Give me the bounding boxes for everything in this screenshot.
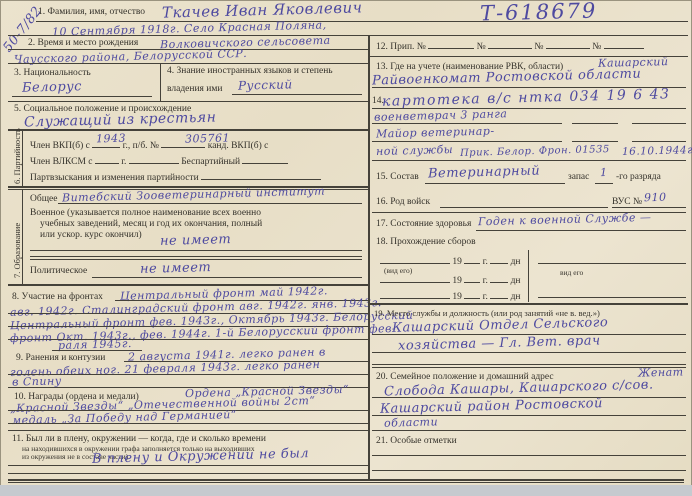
rule [8,482,684,483]
field6-side-label: 6. Партийность [12,128,22,184]
prip-blank4 [604,40,644,49]
vkp-mid: г., п/б. № [123,141,159,151]
partvzysk-blank [201,171,321,180]
field7-polit-value: не имеет [140,260,212,277]
field7-side-label: 7. Образование [12,223,22,278]
field11-label1: 11. Был ли в плену, окружении — когда, г… [12,434,266,444]
rule [8,465,368,466]
dn-label: дн [511,292,521,302]
rule [425,183,565,184]
dn-label: дн [511,257,521,267]
g-label: г. [483,292,488,302]
field12-n3: № [534,42,543,52]
dn-label: дн [511,276,521,286]
prip-blank3 [546,40,590,49]
prip-blank1 [428,40,474,49]
field4-label: 4. Знание иностранных языков и степень [167,66,333,76]
bespart-blank [242,155,288,164]
rule [368,35,688,36]
vlksm-g: г. [121,157,126,167]
field15-razryad-num: 1 [600,166,608,179]
field6-vkp: Член ВКП(б) с г., п/б. № канд. ВКП(б) с [30,139,268,151]
field6-partvzysk: Партвзыскания и изменения партийности [30,171,321,183]
field12-n2: № [477,42,486,52]
rule [372,455,686,456]
field7-voennoe-l1: Военное (указывается полное наименование… [30,208,261,218]
prip-blank2 [488,40,532,49]
days-blank [490,290,508,299]
field16-vus-num: 910 [644,191,667,205]
field1-value: Ткачев Иван Яковлевич [162,0,363,22]
rule [92,277,362,278]
rule [372,123,562,124]
rule [30,256,362,257]
vlksm-blank1 [95,155,119,164]
field3-value: Белорус [22,79,82,96]
field8-label: 8. Участие на фронтах [12,292,103,302]
sbory-blank [380,274,450,283]
field21-label: 21. Особые отметки [376,436,457,446]
field19-line1: Кашарский Отдел Сельского [392,315,609,336]
rule [632,141,686,142]
rule [36,21,688,22]
field14-row1-rank: военветврач 3 ранга [374,107,508,123]
g-label: г. [483,257,488,267]
rule [8,479,684,481]
rule [8,101,368,102]
partvzysk-label: Партвзыскания и изменения партийности [30,173,199,183]
field14-row2-date: 16.10.1944г. [622,144,692,158]
rule [538,297,686,298]
rule [8,63,368,64]
year-blank [464,255,480,264]
field9-label: 9. Ранения и контузии [16,353,105,363]
field17-value: Годен к военной Службе — [478,211,652,229]
year-prefix: 19 [452,276,462,286]
rule [8,129,368,131]
field19-line2: хозяйства — Гл. Вет. врач [398,333,601,353]
field6-vlksm: Член ВЛКСМ с г. Беспартийный [30,155,288,167]
field1-label: 1. Фамилия, имя, отчество [38,7,145,17]
rule [372,352,686,353]
vkp-pre: Член ВКП(б) с [30,141,90,151]
rule [595,183,613,184]
field7-voennoe-l2: учебных заведений, месяц и год их оконча… [40,219,262,229]
field14-overlay-note: картотека в/с нтка 034 19 6 43 [382,86,671,110]
field14-row2-rank-line2: ной службы [376,143,453,158]
vlksm-pre: Член ВЛКСМ с [30,157,92,167]
field16-label: 16. Род войск [376,197,430,207]
field17-label: 17. Состояние здоровья [376,219,471,229]
field18-row2: 19 г. дн [380,274,521,286]
rule [572,123,618,124]
year-prefix: 19 [452,257,462,267]
rule [372,430,686,431]
field15-zapas: запас [568,172,589,182]
field7-voennoe-value: не имеет [160,232,232,249]
field12-n4: № [592,42,601,52]
rule [572,141,618,142]
rule [476,230,686,231]
field20-line2: Кашарский район Ростовской [380,396,603,417]
rule [30,250,362,251]
rule [612,207,686,208]
field7-obshchee-label: Общее [30,194,57,204]
days-blank [490,274,508,283]
field18-row3: 19 г. дн [380,290,521,302]
rule [372,141,562,142]
rule [8,473,368,474]
field7-polit-label: Политическое [30,266,87,276]
field15-value: Ветеринарный [428,164,540,182]
field7-voennoe-l3: или ускор. курс окончил) [40,230,142,240]
field18-label: 18. Прохождение сборов [376,237,476,247]
field14-row2-rank-line1: Майор ветеринар- [376,124,495,140]
rule [58,203,362,204]
field6-vkp-num: 305761 [185,131,230,145]
field18-vid2: вид его [560,268,583,277]
field12-label: 12. Прип. № [376,42,426,52]
field14-row2-order: Прик. Белор. Фрон. 01535 [460,144,610,159]
year-blank [464,290,480,299]
rule [440,207,608,208]
field15-label: 15. Состав [376,172,419,182]
sbory-blank [380,255,450,264]
year-blank [464,274,480,283]
field20-line3: области [384,415,438,429]
field2-label: 2. Время и место рождения [28,38,138,48]
field15-razryad: -го разряда [616,172,661,182]
rule [8,423,368,424]
field16-vus: ВУС № [612,197,642,207]
sbory-blank [380,290,450,299]
rule [8,374,368,375]
registration-card: 50-7/82 1. Фамилия, имя, отчество Ткачев… [0,0,692,496]
bespart: Беспартийный [181,157,240,167]
vlksm-blank2 [129,155,179,164]
column-divider [368,35,370,480]
field6-vkp-year: 1943 [96,132,126,146]
rule [372,364,686,365]
rule [538,263,686,264]
g-label: г. [483,276,488,286]
year-prefix: 19 [452,292,462,302]
field12-row: 12. Прип. № № № № [376,40,644,52]
rule [12,96,152,97]
field4-value: Русский [238,77,293,92]
rule [368,303,688,305]
rule [232,94,362,95]
rule [528,250,529,302]
field3-label: 3. Национальность [14,68,91,78]
rule [632,123,686,124]
field4-label2: владения ими [167,84,222,94]
rule [372,470,686,471]
scan-edge [0,485,692,496]
rule [160,63,161,101]
rule [372,160,686,161]
days-blank [490,255,508,264]
rule [22,189,23,285]
rule [8,430,368,431]
rule [22,131,23,186]
